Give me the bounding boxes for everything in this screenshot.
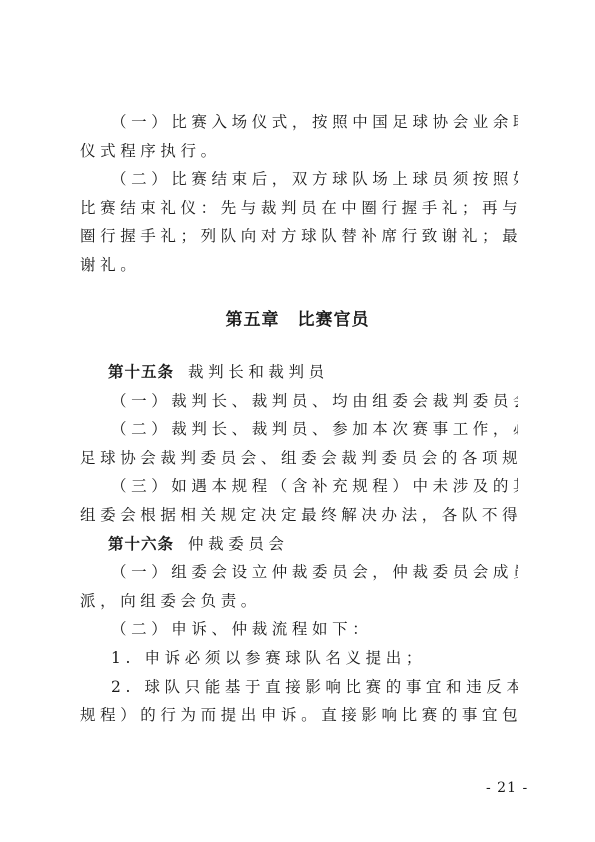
paragraph-line: 1. 申诉必须以参赛球队名义提出； [108, 644, 518, 673]
paragraph-line: （一）比赛入场仪式，按照中国足球协会业余联赛比赛入场 [80, 108, 518, 137]
article-title: 仲裁委员会 [188, 535, 289, 553]
chapter-number: 第五章 [226, 310, 280, 330]
paragraph-line: （二）比赛结束后，双方球队场上球员须按照如下程序执行 [80, 165, 518, 194]
paragraph-line: （一）组委会设立仲裁委员会，仲裁委员会成员由组委会选 [108, 558, 518, 587]
paragraph-line: 规程）的行为而提出申诉。直接影响比赛的事宜包括：如体育场 [80, 701, 518, 730]
paragraph-line: 2. 球队只能基于直接影响比赛的事宜和违反本规程（含补充 [108, 673, 518, 702]
paragraph-line: 组委会根据相关规定决定最终解决办法，各队不得申诉。 [80, 501, 518, 530]
paragraph-line: 派，向组委会负责。 [80, 587, 518, 616]
paragraph-line: （一）裁判长、裁判员、均由组委会裁判委员会选派。 [108, 387, 518, 416]
paragraph-line: 仪式程序执行。 [80, 137, 518, 166]
article-number: 第十五条 [108, 363, 174, 381]
chapter-title: 比赛官员 [298, 310, 370, 330]
chapter-heading: 第五章比赛官员 [0, 305, 595, 330]
paragraph-line: （三）如遇本规程（含补充规程）中未涉及的其它情况，由 [108, 472, 518, 501]
paragraph-line: （二）裁判长、裁判员、参加本次赛事工作，必须遵守中国 [108, 415, 518, 444]
article-number: 第十六条 [108, 535, 174, 553]
articles-section: 第十五条裁判长和裁判员 （一）裁判长、裁判员、均由组委会裁判委员会选派。 （二）… [108, 358, 518, 730]
page-number: - 21 - [486, 780, 528, 796]
article-heading: 第十五条裁判长和裁判员 [108, 358, 518, 387]
paragraph-line: （二）申诉、仲裁流程如下： [108, 615, 518, 644]
paragraph-line: 足球协会裁判委员会、组委会裁判委员会的各项规定。 [80, 444, 518, 473]
paragraph-line: 圈行握手礼；列队向对方球队替补席行致谢礼；最后向球迷行致 [80, 222, 518, 251]
paragraph-line: 谢礼。 [80, 251, 518, 280]
paragraph-line: 比赛结束礼仪：先与裁判员在中圈行握手礼；再与对方球员在中 [80, 194, 518, 223]
article-title: 裁判长和裁判员 [188, 363, 329, 381]
article-heading: 第十六条仲裁委员会 [108, 530, 518, 559]
top-section: （一）比赛入场仪式，按照中国足球协会业余联赛比赛入场 仪式程序执行。 （二）比赛… [80, 108, 518, 280]
